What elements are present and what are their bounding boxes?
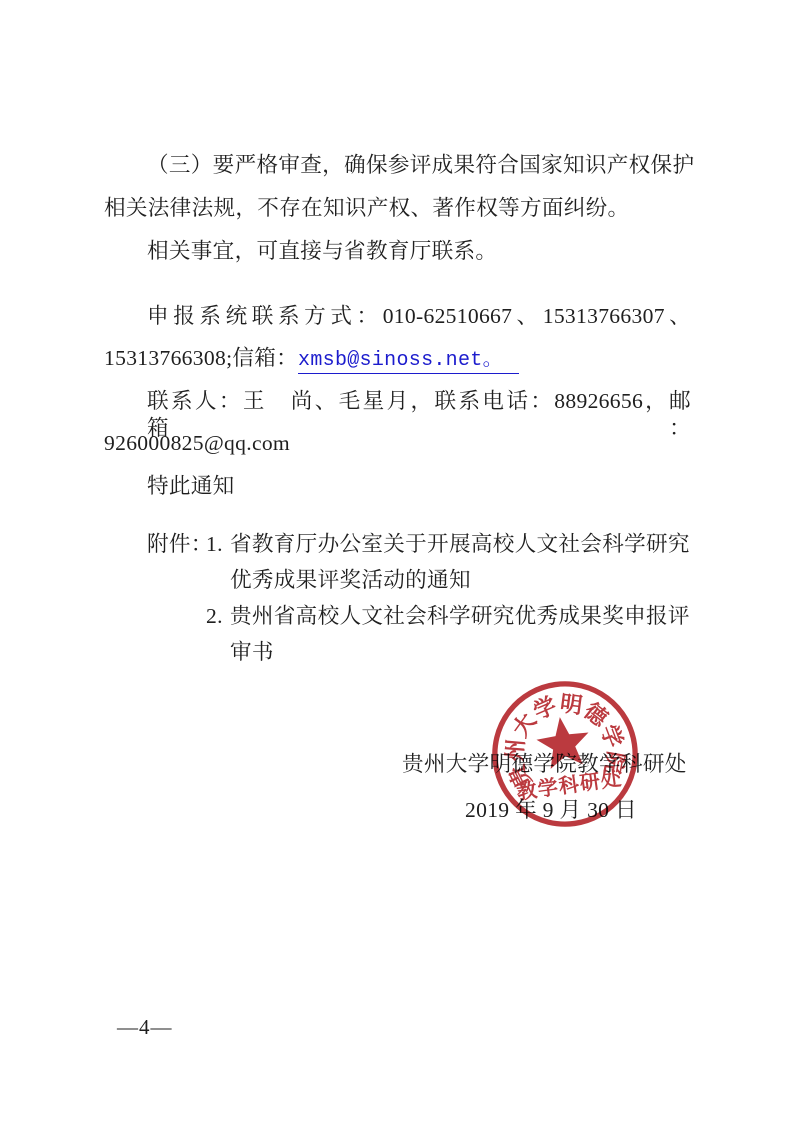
- attachment1-line1: 省教育厅办公室关于开展高校人文社会科学研究: [230, 531, 690, 558]
- para3-line2: 相关法律法规，不存在知识产权、著作权等方面纠纷。: [104, 195, 629, 222]
- para4: 相关事宜，可直接与省教育厅联系。: [147, 238, 497, 265]
- attachment2-number: 2.: [206, 603, 223, 630]
- para3-line1: （三）要严格审查，确保参评成果符合国家知识产权保护: [147, 152, 694, 179]
- document-page: （三）要严格审查，确保参评成果符合国家知识产权保护 相关法律法规，不存在知识产权…: [0, 0, 793, 1122]
- notice-line: 特此通知: [147, 473, 235, 500]
- email-link[interactable]: xmsb@sinoss.net。: [298, 349, 519, 374]
- contact-line2-prefix: 15313766308;信箱：: [104, 346, 298, 370]
- contact-line4: 926000825@qq.com: [104, 430, 290, 457]
- attachment2-line2: 审书: [230, 639, 274, 666]
- attachment1-line2: 优秀成果评奖活动的通知: [230, 567, 471, 594]
- attachment1-number: 1.: [206, 531, 223, 558]
- page-number: —4—: [117, 1015, 173, 1040]
- attachments-label: 附件：: [147, 531, 213, 558]
- signature-org: 贵州大学明德学院教学科研处: [402, 751, 687, 778]
- attachment2-line1: 贵州省高校人文社会科学研究优秀成果奖申报评: [230, 603, 690, 630]
- contact-line1: 申报系统联系方式：010-62510667、15313766307、: [147, 303, 691, 330]
- signature-date: 2019 年 9 月 30 日: [465, 797, 637, 824]
- contact-line2: 15313766308;信箱：xmsb@sinoss.net。: [104, 345, 519, 374]
